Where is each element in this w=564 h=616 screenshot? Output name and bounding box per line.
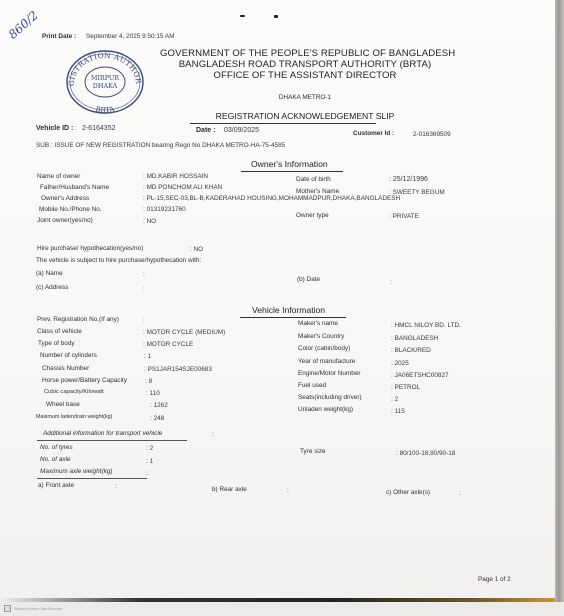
vehicle-field-label: Wheel base: [46, 401, 80, 408]
seal-stamp-icon: REGISTRATION AUTHORITY BRTA MIRPUR DHAKA: [64, 48, 146, 116]
mother-name-label: Mother's Name: [296, 188, 339, 195]
vehicle-field-label: Maker's Country: [298, 333, 344, 340]
scanner-footer-strip: [0, 602, 564, 616]
scanner-watermark: CS Scanned with CamScanner: [4, 605, 62, 612]
joint-owner-value: : NO: [143, 218, 156, 225]
vehicle-field-label: Chassis Number: [42, 365, 89, 372]
owner-type-value: : PRIVATE: [389, 213, 419, 220]
vehicle-field-value: : MOTOR CYCLE: [143, 341, 193, 348]
owner-name-label: Name of owner: [37, 173, 80, 180]
vehicle-field-label: Fuel used: [298, 382, 326, 389]
tyre-size-label: Tyre size: [300, 448, 326, 455]
vehicle-field-value: : PETROL: [391, 384, 420, 391]
customer-id-label: Customer Id :: [353, 130, 394, 137]
additional-info-underline: [37, 440, 187, 441]
vehicle-field-label: Class of vehicle: [37, 328, 82, 335]
vehicle-section-underline: [240, 317, 346, 318]
vehicle-field-label: Color (cabin/body): [298, 345, 350, 352]
print-date-value: September 4, 2025 9:50:15 AM: [86, 33, 174, 40]
header-line1: GOVERNMENT OF THE PEOPLE'S REPUBLIC OF B…: [160, 48, 450, 59]
owner-type-label: Owner type: [296, 212, 329, 219]
vehicle-field-value: : 110: [146, 390, 160, 397]
hire-name-label: (a) Name: [36, 270, 63, 277]
father-name-value: : MD PONCHOM ALI KHAN: [143, 184, 222, 191]
vehicle-id-value: 2-6164352: [82, 125, 115, 132]
vehicle-id-label: Vehicle ID :: [36, 125, 73, 132]
subject-line: SUB : ISSUE OF NEW REGISTRATION bearing …: [36, 142, 285, 149]
max-axle-underline: [37, 478, 147, 479]
tyres-value: : 2: [146, 445, 153, 452]
vehicle-section-title: Vehicle Information: [252, 305, 325, 315]
vehicle-field-value: : 2025: [391, 360, 409, 367]
date-label: Date :: [196, 127, 215, 134]
vehicle-field-label: Maker's name: [298, 320, 338, 327]
seal-center-line1: MIRPUR: [91, 74, 119, 82]
vehicle-field-label: Number of cylinders: [40, 352, 97, 359]
vehicle-field-value: :: [143, 317, 145, 324]
scan-speck: [240, 15, 245, 17]
other-axle-label: c) Other axle(s): [386, 489, 430, 496]
slip-title: REGISTRATION ACKNOWLEDGEMENT SLIP: [160, 111, 450, 121]
scan-speck: [274, 15, 278, 18]
hire-purchase-value: : NO: [190, 246, 203, 253]
vehicle-field-value: : 248: [150, 415, 164, 422]
owner-name-value: : MD.KABIR HOSSAIN: [143, 173, 208, 180]
header-line3: OFFICE OF THE ASSISTANT DIRECTOR: [160, 70, 450, 81]
hire-subject-line: The vehicle is subject to hire purchase/…: [36, 257, 201, 264]
mobile-value: : 01319231760: [143, 206, 186, 213]
camscanner-logo-icon: CS: [4, 605, 11, 612]
vehicle-field-value: : 115: [391, 408, 405, 415]
vehicle-field-value: : 8: [145, 378, 152, 385]
hire-name-value: :: [143, 271, 145, 278]
rear-axle-label: b) Rear axle: [212, 486, 247, 493]
hire-address-label: (c) Address: [36, 284, 68, 291]
owner-address-label: Owner's Address: [41, 195, 89, 202]
scanner-text: Scanned with CamScanner: [14, 606, 62, 611]
owner-section-title: Owner's Information: [251, 159, 328, 169]
other-axle-value: :: [459, 490, 461, 497]
date-value: 03/09/2025: [224, 127, 259, 134]
vehicle-field-value: : MOTOR CYCLE (MEDIUM): [143, 329, 225, 336]
owner-address-value: : PL-15,SEC-03,BL-B,KADERAHAD HOUSING,MO…: [143, 195, 400, 202]
vehicle-field-value: : 2: [391, 396, 398, 403]
dob-label: Date of birth: [296, 176, 331, 183]
handwritten-annotation: 860/2: [6, 8, 41, 42]
vehicle-field-label: Unladen weight(kg): [298, 406, 353, 413]
document-page: 860/2 Print Date : September 4, 2025 9:5…: [0, 0, 556, 600]
hire-date-value: :: [390, 279, 392, 286]
front-axle-value: :: [115, 483, 117, 490]
vehicle-field-label: Horse power/Battery Capacity: [42, 377, 127, 384]
print-date-label: Print Date :: [42, 33, 76, 40]
vehicle-field-value: : BANGLADESH: [391, 335, 438, 342]
joint-owner-label: Joint owner(yes/no): [37, 217, 93, 224]
vehicle-field-value: : HMCL NILOY BD. LTD.: [391, 322, 461, 329]
header-line2: BANGLADESH ROAD TRANSPORT AUTHORITY (BRT…: [160, 59, 450, 70]
vehicle-field-label: Maximum laden/train weight(kg): [36, 414, 112, 420]
max-axle-weight-value: :: [146, 470, 148, 477]
additional-info-label: Additional information for transport veh…: [43, 430, 162, 437]
vehicle-field-label: Year of manufacture: [298, 358, 355, 365]
tyres-label: No. of tyres: [40, 444, 73, 451]
office-circle: DHAKA METRO-1: [160, 94, 450, 101]
vehicle-field-label: Prev. Registration No.(If any): [37, 316, 119, 323]
max-axle-weight-label: Maximum axle weight(kg): [40, 468, 112, 475]
owner-section-underline: [241, 171, 343, 172]
vehicle-field-value: : BLACK/RED: [391, 347, 431, 354]
vehicle-field-label: Seats(including driver): [298, 394, 362, 401]
mother-name-value: : SWEETY BEGUM: [389, 189, 445, 196]
axle-label: No. of axle: [40, 456, 71, 463]
hire-address-value: :: [143, 286, 145, 293]
customer-id-value: 2-016369509: [413, 131, 451, 138]
vehicle-field-label: Engine/Motor Number: [298, 370, 361, 377]
page-right-edge: [555, 0, 564, 616]
page-number: Page 1 of 2: [478, 576, 511, 583]
vehicle-field-label: Cubic capacity/Kilowatt: [44, 389, 104, 395]
tyre-size-value: : 80/100-18,90/90-18: [396, 450, 455, 457]
vehicle-field-value: : 1: [144, 353, 151, 360]
brta-seal: REGISTRATION AUTHORITY BRTA MIRPUR DHAKA: [64, 48, 146, 116]
dob-value: : 25/12/1996: [389, 176, 428, 183]
front-axle-label: a) Front axle: [38, 482, 74, 489]
vehicle-field-value: : PS1JAR154SJE00683: [144, 366, 212, 373]
vehicle-field-value: : JA06ETSHC00827: [391, 372, 449, 379]
hire-purchase-label: Hire purchase/ hypothecation(yes/no): [37, 245, 143, 252]
additional-info-colon: :: [212, 431, 214, 438]
seal-center-line2: DHAKA: [93, 82, 118, 90]
mobile-label: Mobile No./Phone No.: [39, 206, 102, 213]
vehicle-field-value: : 1262: [150, 402, 168, 409]
axle-value: : 1: [146, 458, 153, 465]
vehicle-field-label: Type of body: [38, 340, 75, 347]
rear-axle-value: :: [287, 487, 289, 494]
hire-date-label: (b) Date: [297, 276, 320, 283]
slip-title-underline: [190, 123, 376, 124]
father-name-label: Father/Husband's Name: [40, 184, 109, 191]
